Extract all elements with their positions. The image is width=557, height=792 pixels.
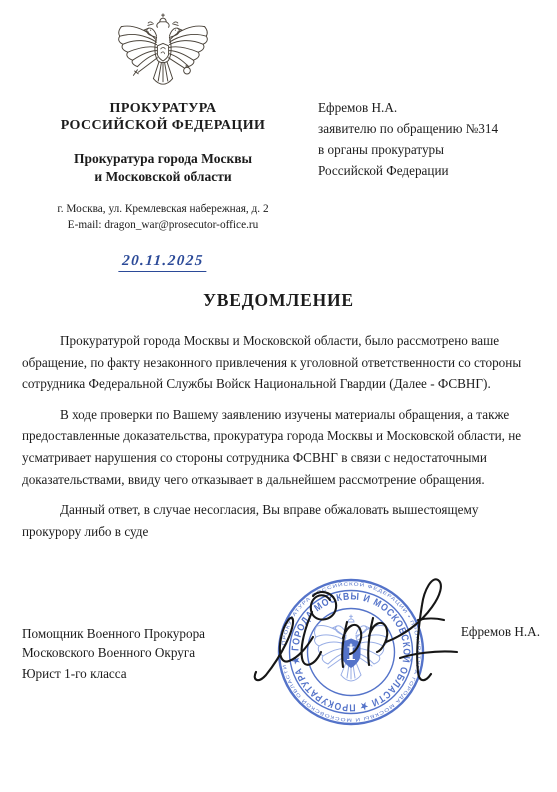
address-line: г. Москва, ул. Кремлевская набережная, д… (18, 201, 308, 217)
email-line: E-mail: dragon_war@prosecutor-office.ru (18, 217, 308, 233)
signoff-position-line1: Помощник Военного Прокурора (22, 624, 205, 643)
org-name-line2: РОССИЙСКОЙ ФЕДЕРАЦИИ (18, 117, 308, 134)
signoff-position: Помощник Военного Прокурора Московского … (22, 624, 205, 662)
coat-of-arms-icon (111, 10, 215, 96)
org-name-line1: ПРОКУРАТУРА (18, 100, 308, 117)
unit-name-line2: и Московской области (18, 168, 308, 186)
recipient-name: Ефремов Н.А. (318, 97, 498, 118)
signoff-rank: Юрист 1-го класса (22, 666, 127, 682)
signoff-name: Ефремов Н.А. (461, 624, 540, 640)
recipient-line4: Российской Федерации (318, 160, 498, 181)
signoff-position-line2: Московского Военного Округа (22, 643, 205, 662)
date-stamp: 20.11.2025 (118, 253, 207, 272)
document-body: Прокуратурой города Москвы и Московской … (22, 330, 534, 551)
body-paragraph-2: В ходе проверки по Вашему заявлению изуч… (22, 404, 534, 490)
recipient-case-ref: заявителю по обращению №314 (318, 118, 498, 139)
body-paragraph-3: Данный ответ, в случае несогласия, Вы вп… (22, 499, 534, 542)
body-paragraph-1: Прокуратурой города Москвы и Московской … (22, 330, 534, 395)
document-title: УВЕДОМЛЕНИЕ (0, 290, 557, 311)
recipient-block: Ефремов Н.А. заявителю по обращению №314… (318, 97, 498, 181)
letterhead: ПРОКУРАТУРА РОССИЙСКОЙ ФЕДЕРАЦИИ Прокура… (18, 10, 308, 272)
unit-name-line1: Прокуратура города Москвы (18, 150, 308, 168)
recipient-line3: в органы прокуратуры (318, 139, 498, 160)
document-page: ПРОКУРАТУРА РОССИЙСКОЙ ФЕДЕРАЦИИ Прокура… (0, 0, 557, 792)
handwritten-signature (250, 560, 465, 710)
